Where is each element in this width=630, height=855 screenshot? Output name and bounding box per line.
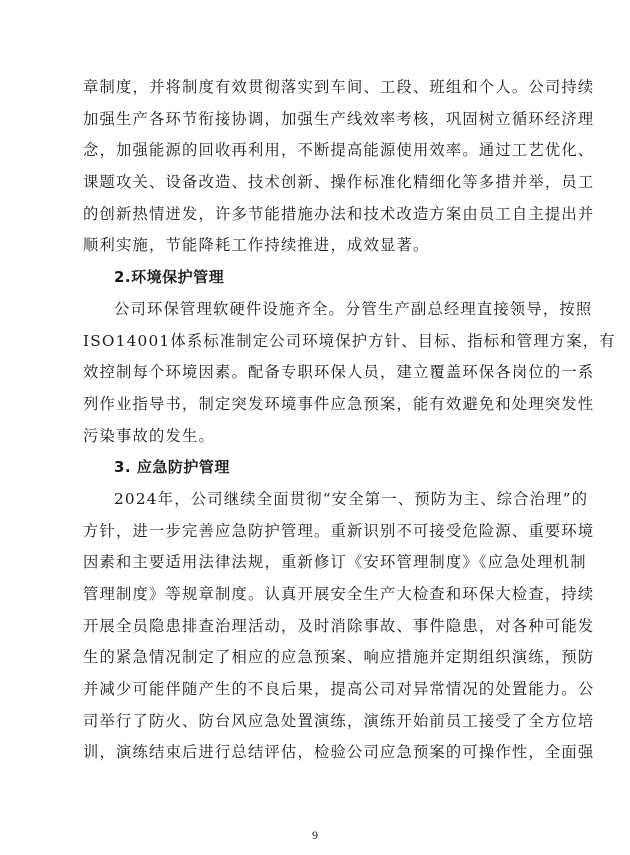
text-line: 加强生产各环节衔接协调，加强生产线效率考核，巩固树立循环经济理 [83, 104, 547, 136]
text-line: 顺利实施，节能降耗工作持续推进，成效显著。 [83, 230, 547, 262]
paragraph-emergency-protection: 2024年，公司继续全面贯彻“安全第一、预防为主、综合治理”的 方针，进一步完善… [83, 484, 547, 769]
text-line: 管理制度》等规章制度。认真开展安全生产大检查和环保大检查，持续 [83, 579, 547, 611]
text-line: 生的紧急情况制定了相应的应急预案、响应措施并定期组织演练，预防 [83, 642, 547, 674]
text-line: 并减少可能伴随产生的不良后果，提高公司对异常情况的处置能力。公 [83, 674, 547, 706]
text-line: 2024年，公司继续全面贯彻“安全第一、预防为主、综合治理”的 [83, 484, 547, 516]
text-line: 列作业指导书，制定突发环境事件应急预案，能有效避免和处理突发性 [83, 389, 547, 421]
text-line: 公司环保管理软硬件设施齐全。分管生产副总经理直接领导，按照 [83, 294, 547, 326]
text-line: 章制度，并将制度有效贯彻落实到车间、工段、班组和个人。公司持续 [83, 72, 547, 104]
text-line: 课题攻关、设备改造、技术创新、操作标准化精细化等多措并举，员工 [83, 167, 547, 199]
text-line: 效控制每个环境因素。配备专职环保人员，建立覆盖环保各岗位的一系 [83, 357, 547, 389]
text-line: 念，加强能源的回收再利用，不断提高能源使用效率。通过工艺优化、 [83, 135, 547, 167]
text-line: 训，演练结束后进行总结评估，检验公司应急预案的可操作性，全面强 [83, 737, 547, 769]
section-heading-emergency-protection: 3. 应急防护管理 [83, 452, 547, 484]
paragraph-energy-saving: 章制度，并将制度有效贯彻落实到车间、工段、班组和个人。公司持续 加强生产各环节衔… [83, 72, 547, 262]
text-line: 司举行了防火、防台风应急处置演练，演练开始前员工接受了全方位培 [83, 706, 547, 738]
section-heading-environmental-protection: 2.环境保护管理 [83, 262, 547, 294]
text-line: 因素和主要适用法律法规，重新修订《安环管理制度》《应急处理机制 [83, 547, 547, 579]
paragraph-environmental-protection: 公司环保管理软硬件设施齐全。分管生产副总经理直接领导，按照 ISO14001体系… [83, 294, 547, 452]
document-page: 章制度，并将制度有效贯彻落实到车间、工段、班组和个人。公司持续 加强生产各环节衔… [83, 72, 547, 769]
text-line: 方针，进一步完善应急防护管理。重新识别不可接受危险源、重要环境 [83, 516, 547, 548]
text-line: 开展全员隐患排查治理活动，及时消除事故、事件隐患，对各种可能发 [83, 611, 547, 643]
page-number: 9 [0, 828, 630, 843]
text-line: 污染事故的发生。 [83, 421, 547, 453]
text-line: ISO14001体系标准制定公司环境保护方针、目标、指标和管理方案，有 [83, 326, 547, 358]
text-line: 的创新热情迸发，许多节能措施办法和技术改造方案由员工自主提出并 [83, 199, 547, 231]
